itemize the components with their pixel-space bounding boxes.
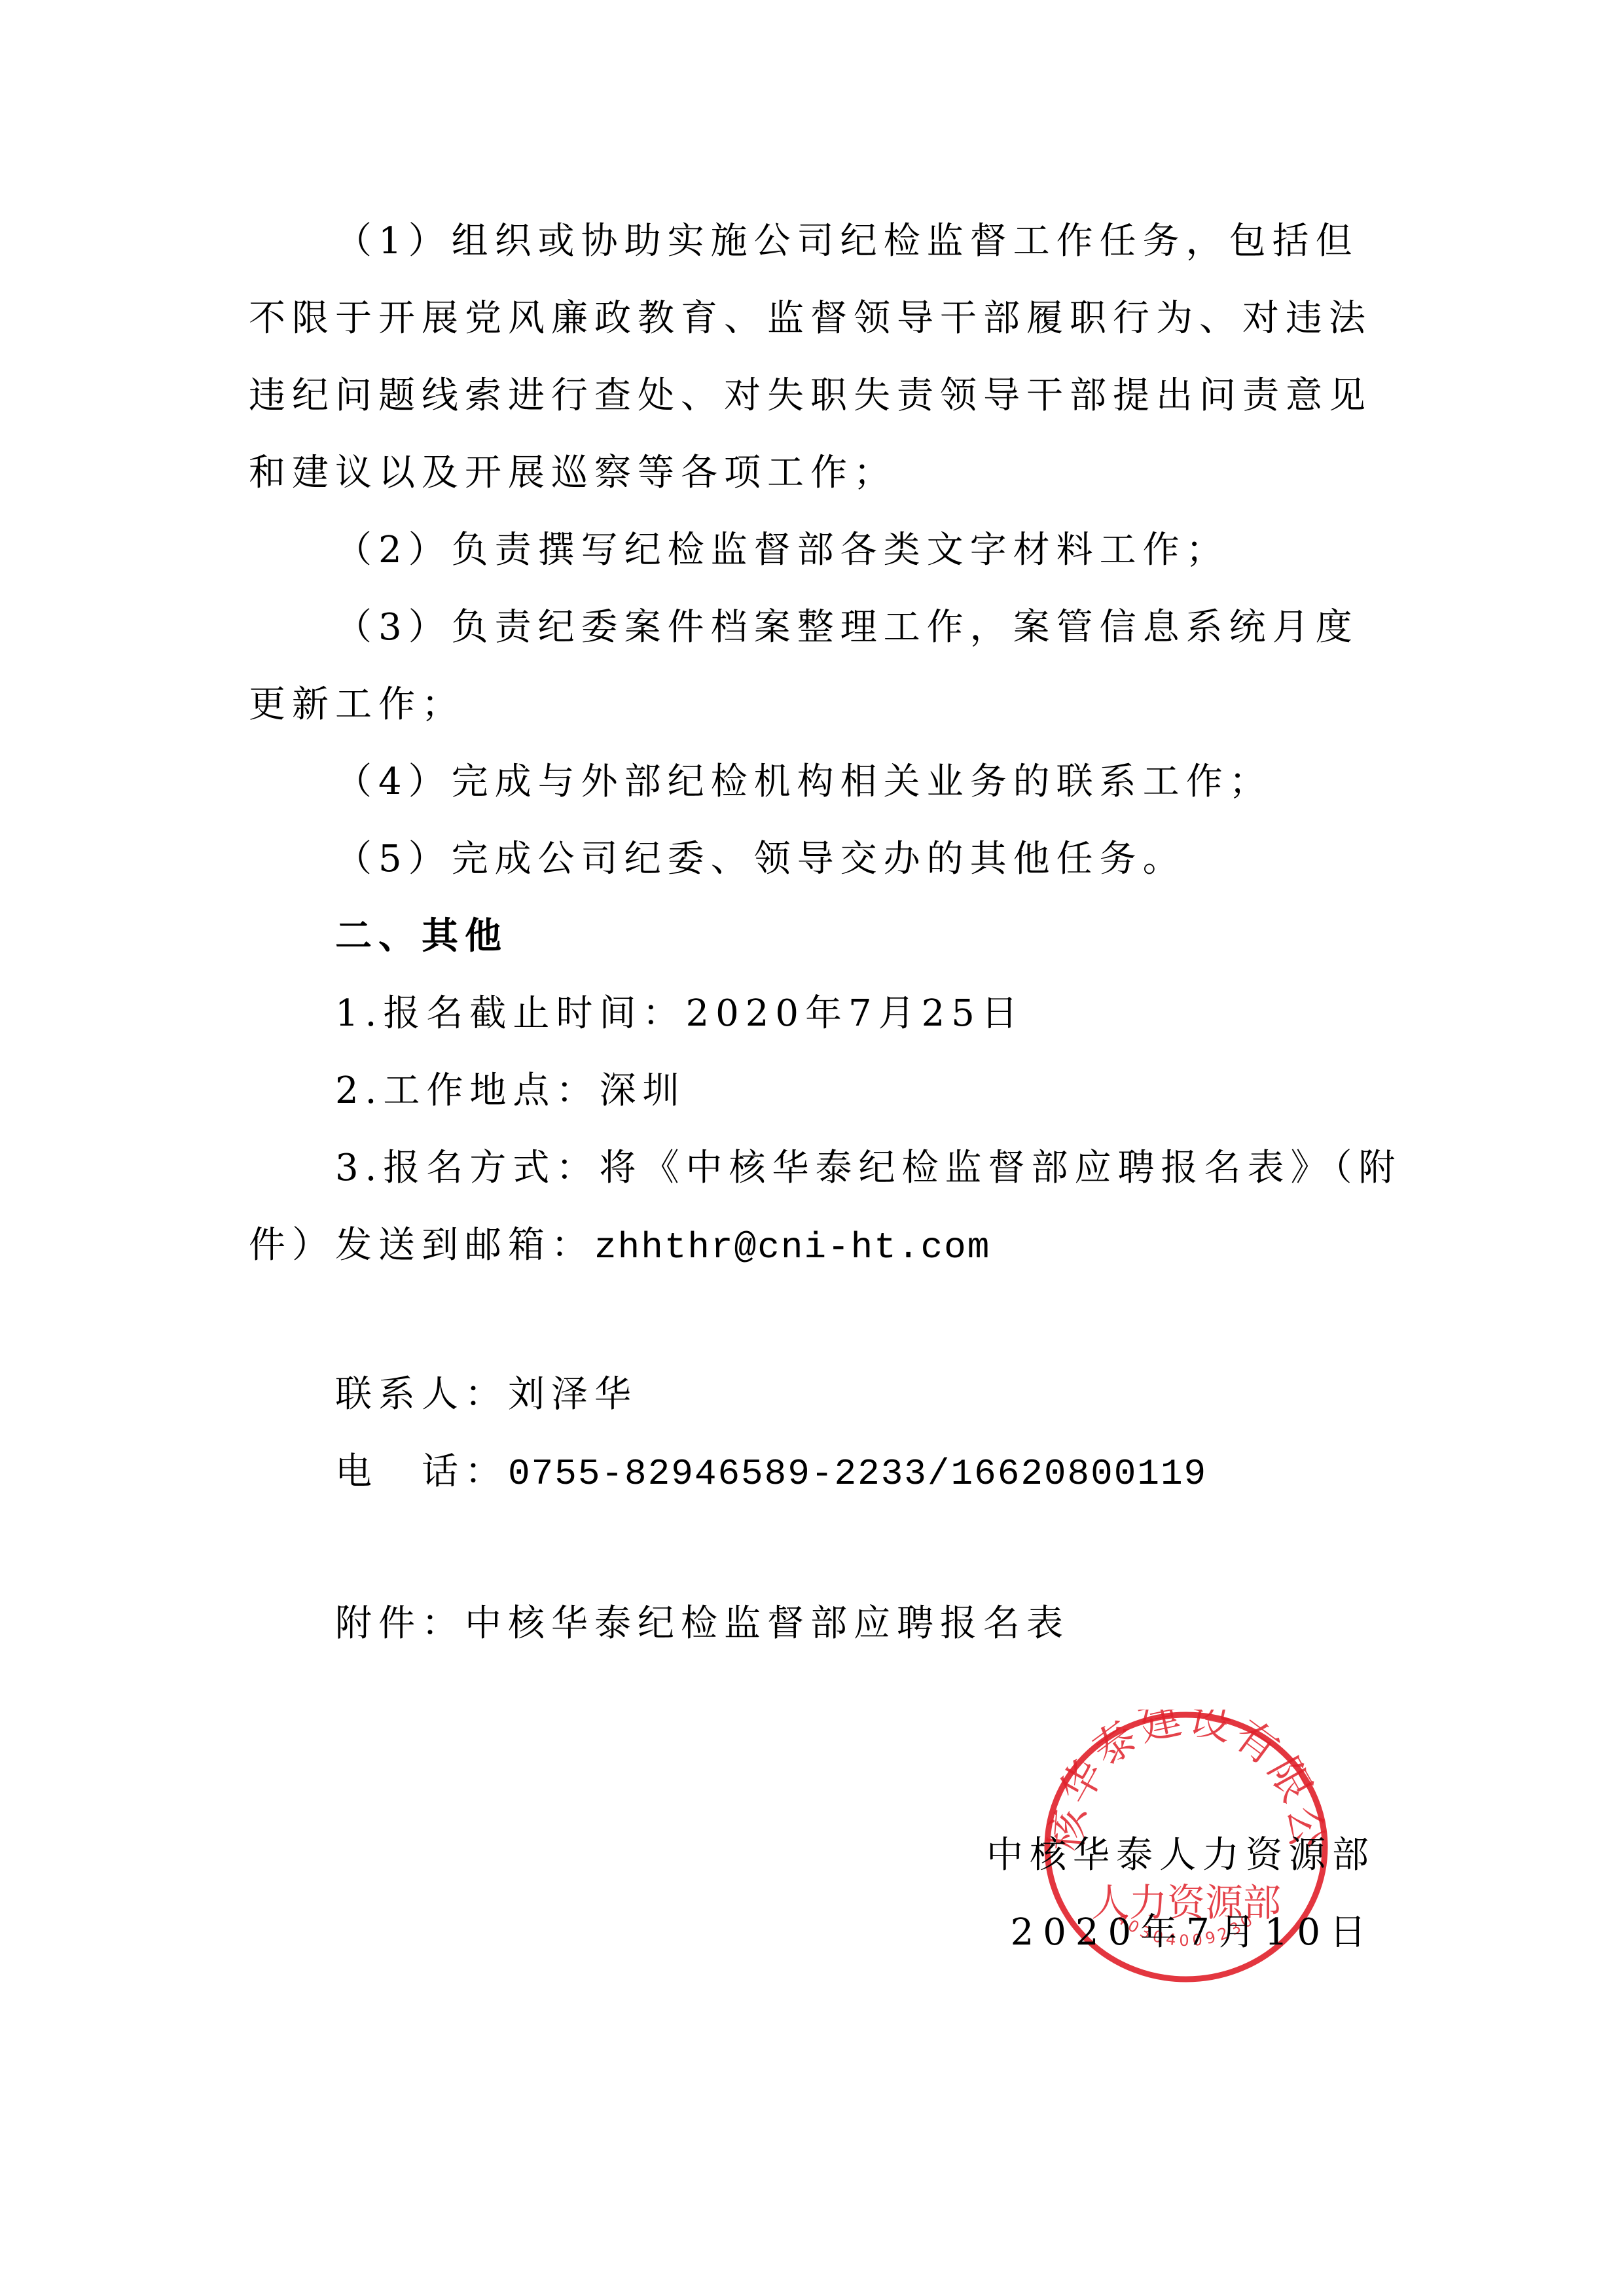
deadline-label: 1.报名截止时间： — [335, 992, 685, 1035]
duty-1-line-3: 违纪问题线索进行查处、对失职失责领导干部提出问责意见 — [249, 357, 1375, 434]
contact-person-name: 刘泽华 — [508, 1373, 638, 1416]
section-heading-other: 二、其他 — [249, 898, 1461, 975]
apply-method-prefix: 件）发送到邮箱： — [249, 1224, 594, 1266]
deadline-value: 2020年7月25日 — [685, 992, 1024, 1035]
contact-phone-label: 电 话： — [335, 1450, 508, 1493]
duty-3-line-1: （3）负责纪委案件档案整理工作，案管信息系统月度 — [249, 589, 1461, 666]
attachment: 附件：中核华泰纪检监督部应聘报名表 — [249, 1585, 1461, 1662]
location-value: 深圳 — [599, 1069, 685, 1112]
attachment-name[interactable]: 中核华泰纪检监督部应聘报名表 — [465, 1602, 1070, 1645]
duty-1-line-4: 和建议以及开展巡察等各项工作； — [249, 435, 1375, 511]
contact-phone: 电 话：0755-82946589-2233/16620800119 — [249, 1433, 1461, 1510]
document-page: （1）组织或协助实施公司纪检监督工作任务，包括但 不限于开展党风廉政教育、监督领… — [0, 0, 1624, 2296]
duty-2: （2）负责撰写纪检监督部各类文字材料工作； — [249, 512, 1461, 588]
contact-person: 联系人：刘泽华 — [249, 1356, 1461, 1433]
duty-3-line-2: 更新工作； — [249, 666, 1375, 743]
signature-date: 2020年7月10日 — [1011, 1894, 1375, 1971]
location-label: 2.工作地点： — [335, 1069, 599, 1112]
apply-method-value: 将《中核华泰纪检监督部应聘报名表》（附 — [599, 1147, 1401, 1189]
attachment-label: 附件： — [335, 1602, 465, 1645]
deadline-item: 1.报名截止时间：2020年7月25日 — [249, 975, 1461, 1052]
duty-1-line-1: （1）组织或协助实施公司纪检监督工作任务，包括但 — [249, 203, 1461, 279]
duty-4: （4）完成与外部纪检机构相关业务的联系工作； — [249, 744, 1461, 820]
location-item: 2.工作地点：深圳 — [249, 1052, 1461, 1129]
contact-person-label: 联系人： — [335, 1373, 508, 1416]
apply-method-label: 3.报名方式： — [335, 1147, 599, 1189]
apply-method-continuation: 件）发送到邮箱：zhhthr@cni-ht.com — [249, 1207, 1375, 1283]
apply-method-item: 3.报名方式：将《中核华泰纪检监督部应聘报名表》（附 — [249, 1130, 1461, 1206]
signature-department: 中核华泰人力资源部 — [986, 1817, 1375, 1893]
email-link[interactable]: zhhthr@cni-ht.com — [594, 1227, 990, 1268]
duty-1-line-2: 不限于开展党风廉政教育、监督领导干部履职行为、对违法 — [249, 280, 1375, 357]
duty-5: （5）完成公司纪委、领导交办的其他任务。 — [249, 821, 1461, 897]
contact-phone-number: 0755-82946589-2233/16620800119 — [508, 1453, 1207, 1495]
